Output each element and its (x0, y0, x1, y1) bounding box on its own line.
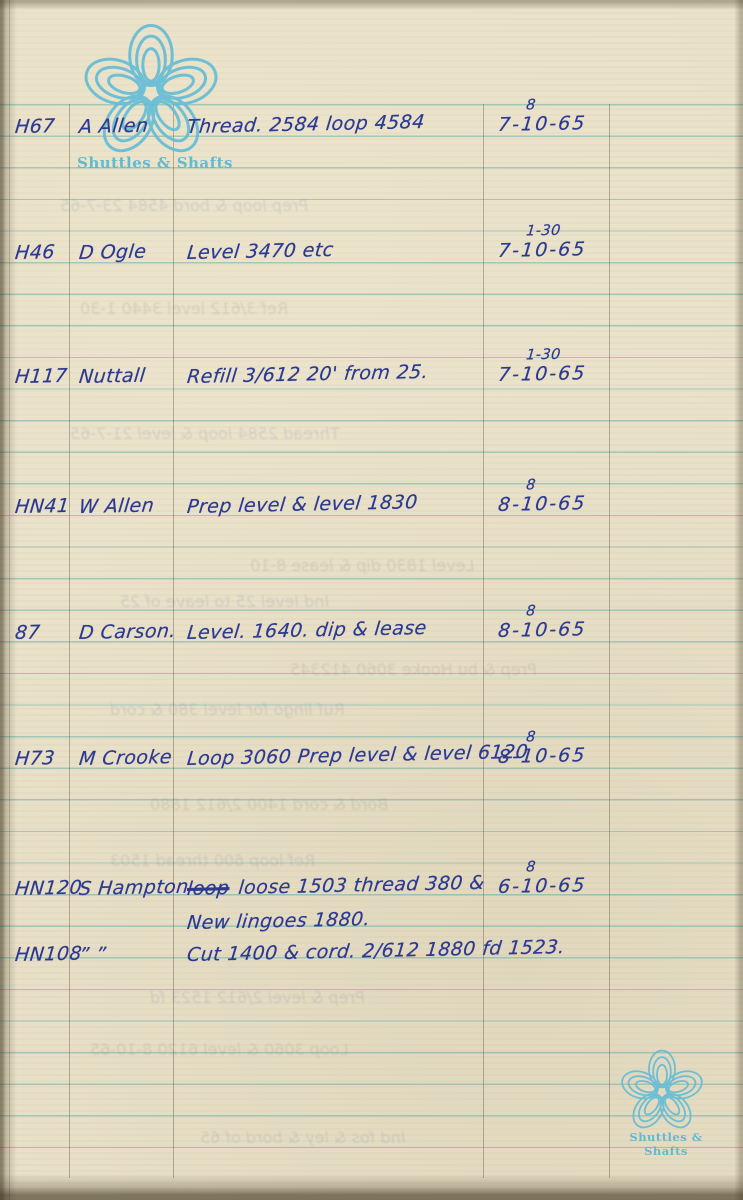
bleedthrough-text: Ind fos & ley & bord of 65 (199, 1128, 407, 1147)
entry-row: HN108 ” ” Cut 1400 & cord. 2/612 1880 fd… (0, 944, 743, 978)
entry-name: W Allen (78, 494, 180, 518)
entry-desc-text: loose 1503 thread 380 & (237, 872, 485, 899)
entry-name-ditto: ” ” (78, 942, 180, 966)
bleedthrough-text: Ref loop 600 thread 1503 (109, 851, 316, 870)
bleedthrough-text: Prep loop & bord 4584 23-7-65 (59, 196, 309, 215)
entry-date: 1-30 7-10-65 (497, 223, 616, 262)
entry-date: 8 8-10-65 (497, 729, 616, 768)
entry-date: 8 7-10-65 (497, 97, 616, 136)
bleedthrough-text: Ruf lingo for level 380 & cord (109, 700, 346, 719)
date-value: 7-10-65 (497, 238, 615, 262)
bleedthrough-text: Ind level 25 to leave of 25 (119, 592, 330, 611)
entry-desc-continuation: New lingoes 1880. (186, 908, 371, 934)
entry-row: HN41 W Allen Prep level & level 1830 8 8… (0, 496, 743, 530)
bleedthrough-text: Loop 3060 & level 6120 8-10-65 (89, 1040, 349, 1059)
page-crease (9, 0, 10, 1200)
bleedthrough-text: Prep & level 2/612 1523 fd (149, 988, 366, 1007)
entry-ref: H46 (14, 241, 72, 264)
watermark-brand-text: Shuttles & Shafts (55, 154, 255, 172)
date-value: 8-10-65 (497, 492, 615, 516)
bleedthrough-text: Bord & cord 1400 2/612 1880 (149, 795, 389, 814)
bleedthrough-text: Ref 3/612 level 3440 1-30 (79, 299, 289, 318)
entry-row: HN120 S Hampton looploose 1503 thread 38… (0, 878, 743, 912)
entry-date: 8 6-10-65 (497, 859, 616, 898)
entry-row: H67 A Allen Thread. 2584 loop 4584 8 7-1… (0, 116, 743, 150)
entry-name: A Allen (78, 114, 180, 138)
entry-date: 1-30 7-10-65 (497, 347, 616, 386)
entry-row: H46 D Ogle Level 3470 etc 1-30 7-10-65 (0, 242, 743, 276)
knot-icon (610, 1046, 714, 1138)
entry-name: D Ogle (78, 240, 180, 264)
date-value: 8-10-65 (497, 618, 615, 642)
bleedthrough-text: Prep & bu Hooke 3060 412345 (289, 660, 538, 679)
entry-row: H73 M Crooke Loop 3060 Prep level & leve… (0, 748, 743, 782)
entry-ref: H117 (14, 365, 72, 388)
date-value: 8-10-65 (497, 744, 615, 768)
entry-date: 8 8-10-65 (497, 603, 616, 642)
entry-name: M Crooke (78, 746, 180, 770)
entry-ref: H73 (14, 747, 72, 770)
strikethrough-word: loop (186, 877, 231, 900)
entry-ref: 87 (14, 621, 72, 644)
watermark-logo-bottom: Shuttles & Shafts (610, 1046, 722, 1158)
entry-ref: H67 (14, 115, 72, 138)
entry-ref: HN41 (14, 495, 72, 518)
entry-name: D Carson. (78, 620, 180, 644)
watermark-brand-text: Shuttles & Shafts (610, 1130, 722, 1158)
bleedthrough-text: Level 1830 dip & lease 8-10 (249, 556, 475, 575)
entry-row: 87 D Carson. Level. 1640. dip & lease 8 … (0, 622, 743, 656)
date-value: 7-10-65 (497, 362, 615, 386)
bleedthrough-text: Thread 2584 loop & level 21-7-65 (69, 424, 341, 443)
entry-name: S Hampton (78, 876, 180, 900)
entry-row: H117 Nuttall Refill 3/612 20' from 25. 1… (0, 366, 743, 400)
entry-name: Nuttall (78, 364, 180, 388)
entry-ref: HN108 (14, 943, 72, 966)
ledger-page: Shuttles & Shafts Prep loop & bord 4584 … (0, 0, 743, 1200)
date-value: 7-10-65 (497, 112, 615, 136)
date-value: 6-10-65 (497, 874, 615, 898)
entry-date: 8 8-10-65 (497, 477, 616, 516)
entry-ref: HN120 (14, 877, 72, 900)
